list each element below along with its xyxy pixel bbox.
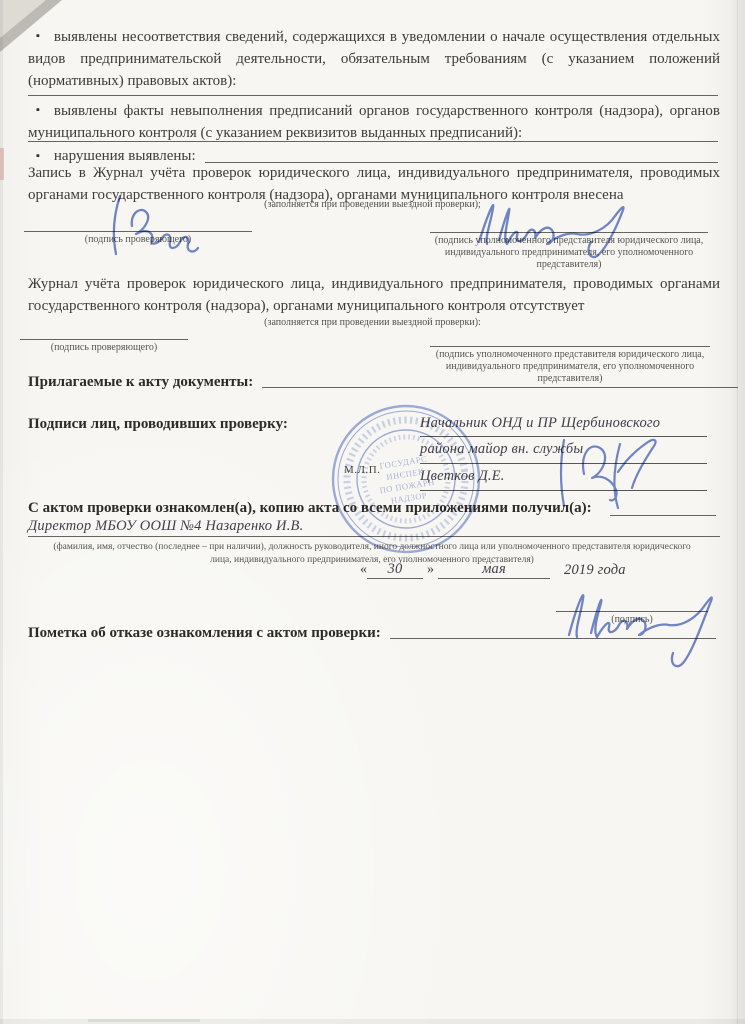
fire-inspection-stamp: ГОСУДАРС ИНСПЕК ПО ПОЖАРН НАДЗОР <box>319 392 493 566</box>
date-month: мая <box>438 561 550 579</box>
bullet-icon: ▪ <box>28 99 54 121</box>
representative-signature-2 <box>545 573 720 673</box>
inspector-signature-1 <box>92 192 202 260</box>
acquainted-value: Директор МБОУ ООШ №4 Назаренко И.В. <box>28 518 303 535</box>
journal-absent-paragraph: Журнал учёта проверок юридического лица,… <box>28 273 720 317</box>
scan-edge-artifact <box>0 148 4 180</box>
inspector-signature-line-2 <box>20 339 188 340</box>
bullet-icon: ▪ <box>28 150 54 162</box>
inspector-signature-caption-2: (подпись проверяющего) <box>20 342 188 354</box>
paragraph-prescriptions: ▪выявлены факты невыполнения предписаний… <box>28 99 720 144</box>
attachments-label: Прилагаемые к акту документы: <box>28 373 253 391</box>
field-note: (заполняется при проведении выездной про… <box>0 317 745 328</box>
scan-speck <box>88 1019 200 1022</box>
paragraph-mismatch-text: выявлены несоответствия сведений, содерж… <box>28 29 720 89</box>
scanned-act-page: ▪выявлены несоответствия сведений, содер… <box>0 0 745 1024</box>
paragraph-prescriptions-text: выявлены факты невыполнения предписаний … <box>28 103 720 141</box>
stamp-icon: ГОСУДАРС ИНСПЕК ПО ПОЖАРН НАДЗОР <box>319 392 493 566</box>
bullet-icon: ▪ <box>28 25 54 47</box>
representative-signature-1 <box>465 190 650 260</box>
refusal-label: Пометка об отказе ознакомления с актом п… <box>28 624 381 642</box>
blank-line-rule <box>28 95 718 96</box>
attachments-blank-line <box>262 387 738 388</box>
acquainted-label: С актом проверки ознакомлен(а), копию ак… <box>28 499 628 517</box>
attachments-row: Прилагаемые к акту документы: <box>28 373 738 391</box>
open-quote: « <box>360 562 367 578</box>
signers-label: Подписи лиц, проводивших проверку: <box>28 415 288 433</box>
date-day: 30 <box>367 561 423 579</box>
acquainted-short-line <box>610 515 716 516</box>
scan-edge-right-line <box>737 0 738 1024</box>
representative-signature-line-2 <box>430 346 710 347</box>
blank-line-rule <box>28 141 718 142</box>
inspector-signature-2 <box>548 430 673 515</box>
close-quote: » <box>427 562 434 578</box>
journal-absent-text: Журнал учёта проверок юридического лица,… <box>28 276 720 314</box>
paragraph-mismatch: ▪выявлены несоответствия сведений, содер… <box>28 25 720 92</box>
